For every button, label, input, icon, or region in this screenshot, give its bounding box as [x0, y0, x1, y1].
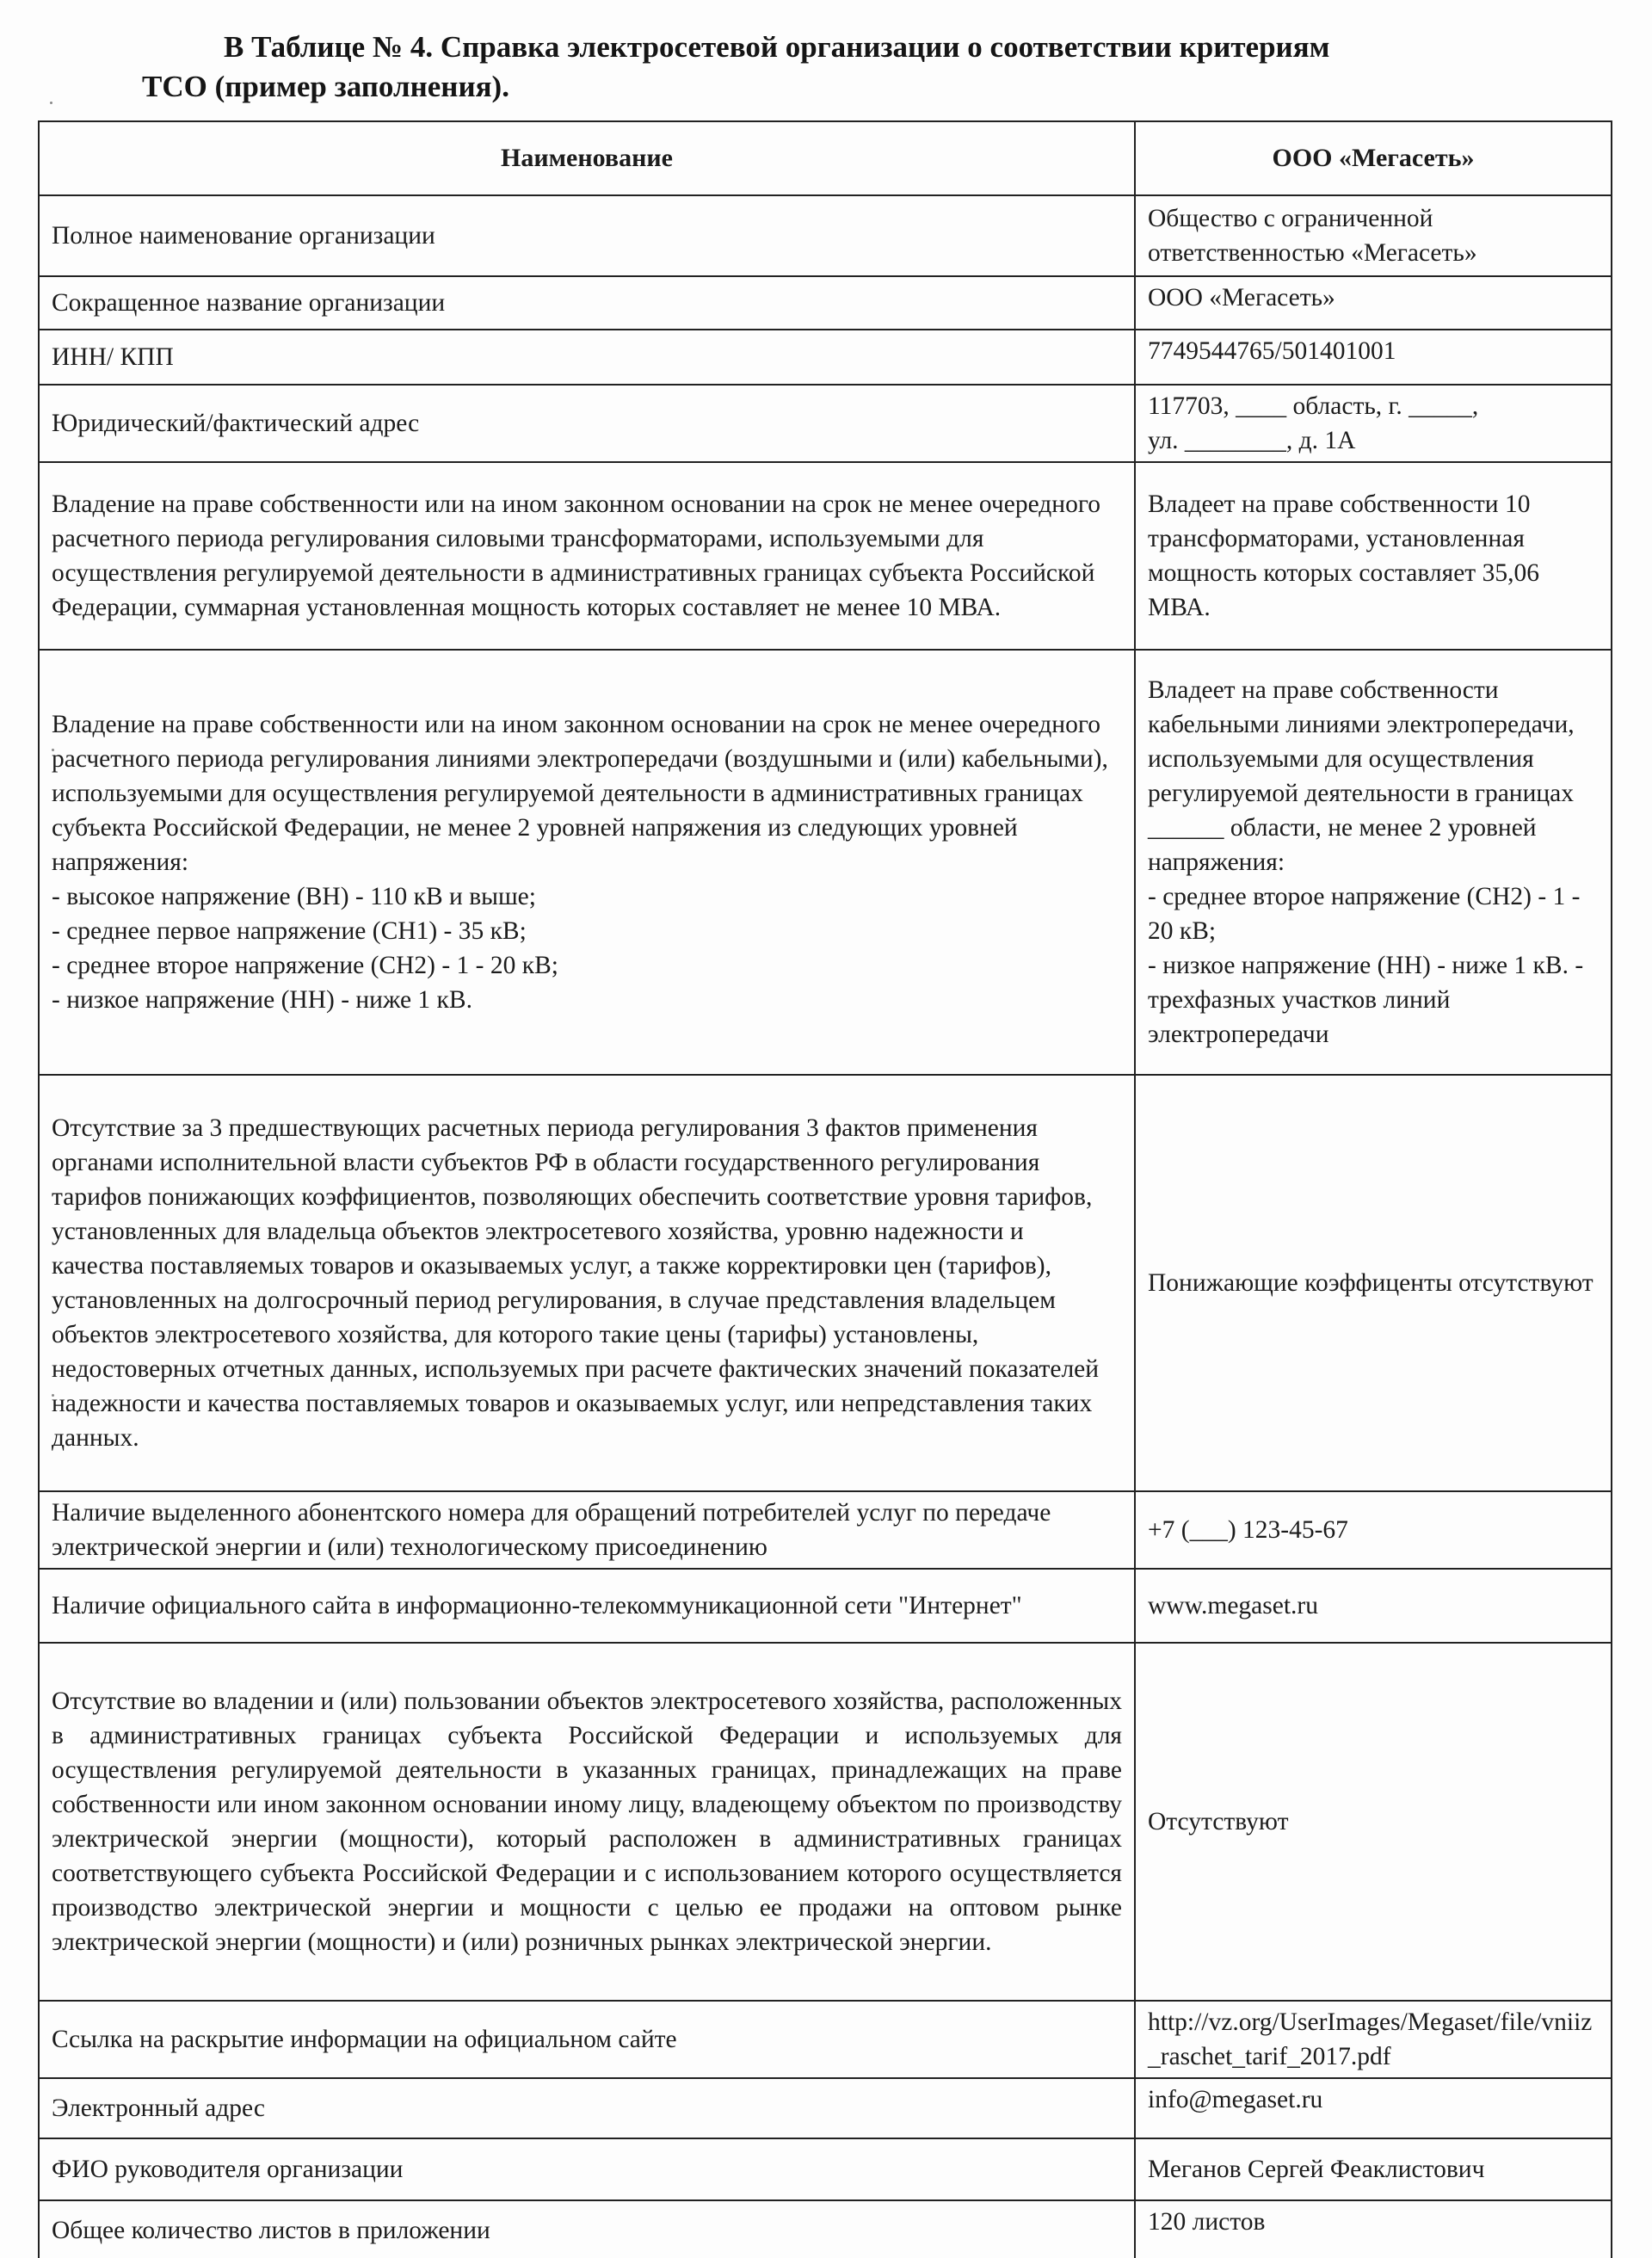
row-value: Общество с ограниченной ответственностью… [1135, 195, 1612, 276]
row-label: Отсутствие за 3 предшествующих расчетных… [39, 1075, 1135, 1491]
row-label: Владение на праве собственности или на и… [39, 650, 1135, 1075]
tso-criteria-table: Наименование ООО «Мегасеть» Полное наиме… [38, 120, 1612, 2258]
table-row-website: Наличие официального сайта в информацион… [39, 1569, 1612, 1643]
row-label: Сокращенное название организации [39, 276, 1135, 330]
row-value: 120 листов [1135, 2200, 1612, 2258]
header-organization: ООО «Мегасеть» [1135, 121, 1612, 195]
row-label: Юридический/фактический адрес [39, 385, 1135, 462]
table-row-transformers: Владение на праве собственности или на и… [39, 462, 1612, 650]
row-value: Отсутствуют [1135, 1643, 1612, 2001]
table-row-director: ФИО руководителя организации Меганов Сер… [39, 2138, 1612, 2200]
title-line-2: ТСО (пример заполнения). [142, 67, 1622, 107]
table-row-short-name: Сокращенное название организации ООО «Ме… [39, 276, 1612, 330]
row-label: Электронный адрес [39, 2078, 1135, 2138]
row-label: ИНН/ КПП [39, 330, 1135, 385]
table-row-disclosure-link: Ссылка на раскрытие информации на официа… [39, 2001, 1612, 2078]
header-name: Наименование [39, 121, 1135, 195]
table-row-inn-kpp: ИНН/ КПП 7749544765/501401001 [39, 330, 1612, 385]
row-label: Общее количество листов в приложении [39, 2200, 1135, 2258]
row-value: Владеет на праве собственности 10 трансф… [1135, 462, 1612, 650]
row-label: Отсутствие во владении и (или) пользован… [39, 1643, 1135, 2001]
scan-artifact [52, 749, 54, 751]
table-header-row: Наименование ООО «Мегасеть» [39, 121, 1612, 195]
row-label: Полное наименование организации [39, 195, 1135, 276]
table-row-email: Электронный адрес info@megaset.ru [39, 2078, 1612, 2138]
table-row-power-lines: Владение на праве собственности или на и… [39, 650, 1612, 1075]
row-value: 117703, ____ область, г. _____, ул. ____… [1135, 385, 1612, 462]
row-value: ООО «Мегасеть» [1135, 276, 1612, 330]
table-row-generation-objects: Отсутствие во владении и (или) пользован… [39, 1643, 1612, 2001]
row-label: ФИО руководителя организации [39, 2138, 1135, 2200]
row-label: Владение на праве собственности или на и… [39, 462, 1135, 650]
table-row-phone: Наличие выделенного абонентского номера … [39, 1491, 1612, 1569]
email-link[interactable]: info@megaset.ru [1135, 2078, 1612, 2138]
row-label: Наличие выделенного абонентского номера … [39, 1491, 1135, 1569]
table-row-sheet-count: Общее количество листов в приложении 120… [39, 2200, 1612, 2258]
disclosure-link[interactable]: http://vz.org/UserImages/Megaset/file/vn… [1135, 2001, 1612, 2078]
scan-artifact [52, 1394, 54, 1397]
row-value: Понижающие коэффиценты отсутствуют [1135, 1075, 1612, 1491]
table-row-address: Юридический/фактический адрес 117703, __… [39, 385, 1612, 462]
table-row-full-name: Полное наименование организации Общество… [39, 195, 1612, 276]
row-label: Ссылка на раскрытие информации на официа… [39, 2001, 1135, 2078]
table-row-reducing-coefficients: Отсутствие за 3 предшествующих расчетных… [39, 1075, 1612, 1491]
row-value: Владеет на праве собственности кабельным… [1135, 650, 1612, 1075]
document-title: В Таблице № 4. Справка электросетевой ор… [142, 28, 1622, 107]
row-value: +7 (___) 123-45-67 [1135, 1491, 1612, 1569]
row-label: Наличие официального сайта в информацион… [39, 1569, 1135, 1643]
row-value: Меганов Сергей Феаклистович [1135, 2138, 1612, 2200]
title-line-1: В Таблице № 4. Справка электросетевой ор… [142, 28, 1622, 67]
row-value: www.megaset.ru [1135, 1569, 1612, 1643]
scan-artifact [50, 102, 52, 104]
row-value: 7749544765/501401001 [1135, 330, 1612, 385]
